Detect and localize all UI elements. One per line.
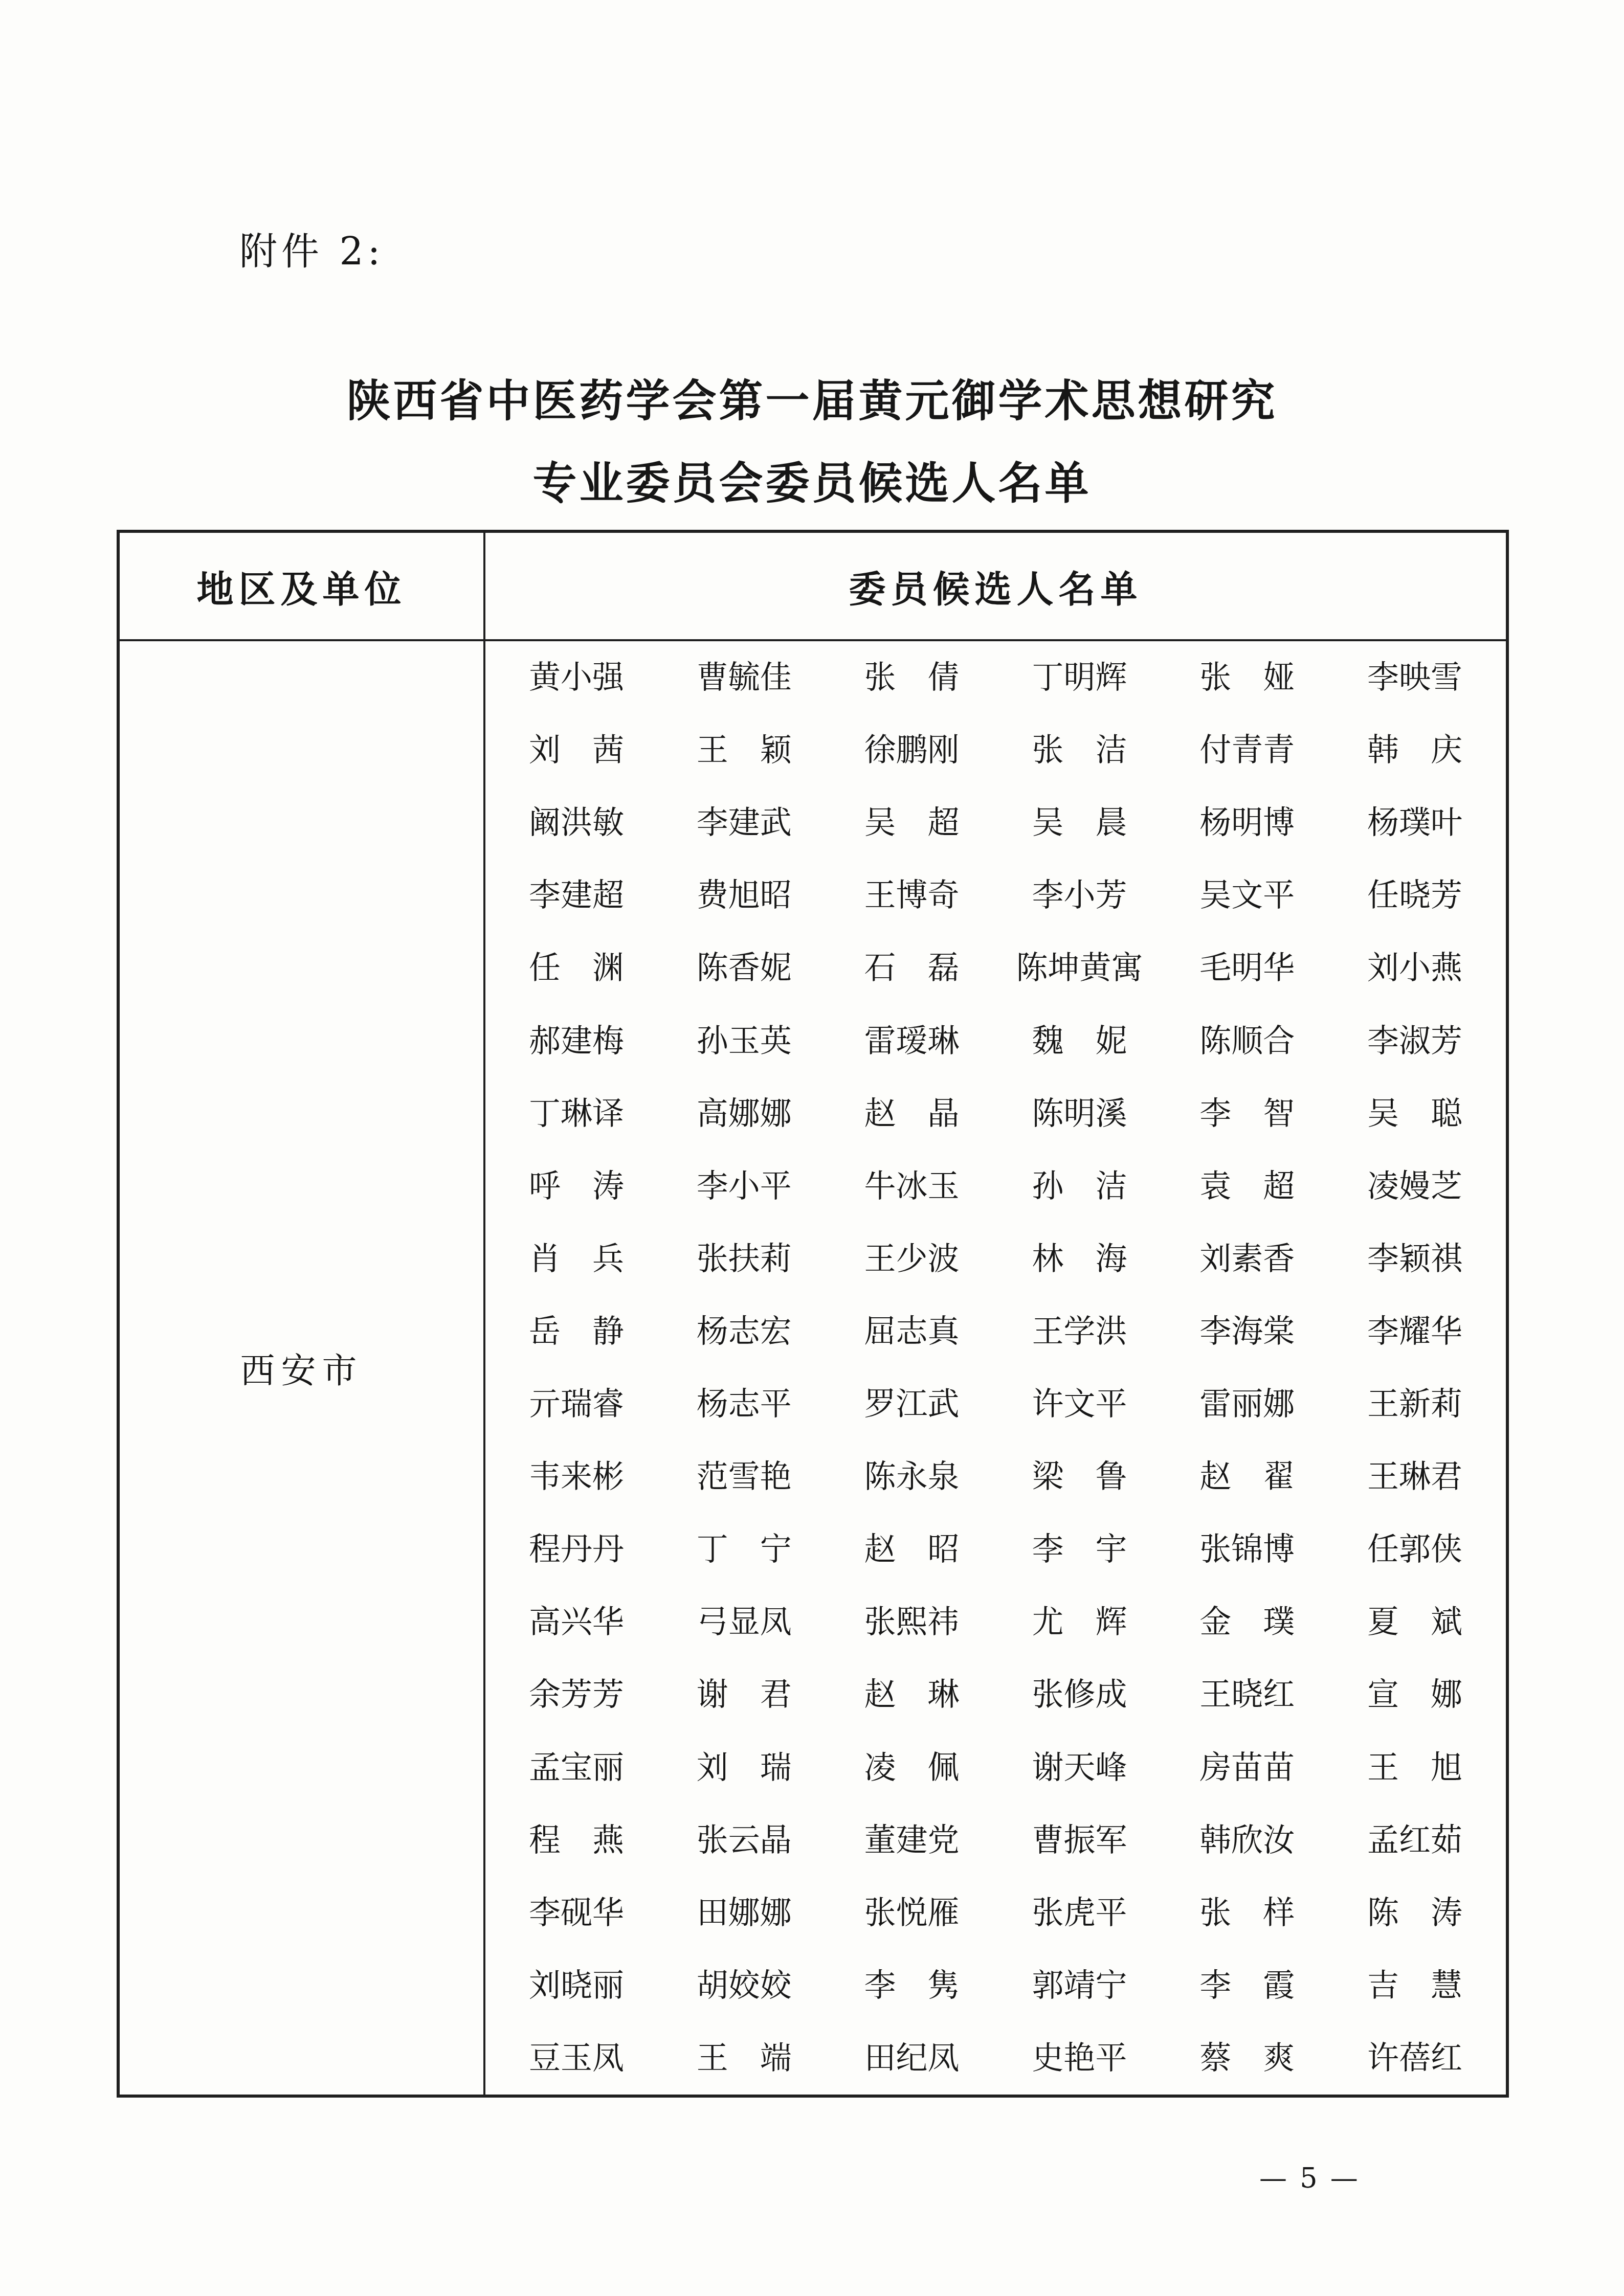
- candidate-name: 韩欣汝: [1163, 1825, 1331, 1856]
- candidate-name: 亓瑞睿: [493, 1388, 660, 1420]
- candidate-names-grid: 黄小强 曹毓佳 张 倩 丁明辉 张 娅 李映雪 刘 茜 王 颖 徐鹏刚 张 洁 …: [485, 641, 1506, 2095]
- candidate-name: 曹振军: [996, 1825, 1164, 1856]
- candidate-name: 牛冰玉: [828, 1170, 996, 1202]
- candidate-name: 吴 聪: [1331, 1098, 1499, 1130]
- candidate-name: 尤 辉: [996, 1606, 1164, 1638]
- candidate-name: 赵 琳: [828, 1679, 996, 1710]
- candidate-name: 孟红茹: [1331, 1825, 1499, 1856]
- candidate-name: 陈明溪: [996, 1098, 1164, 1130]
- candidate-name: 李 智: [1163, 1098, 1331, 1130]
- candidate-name: 田娜娜: [660, 1897, 828, 1929]
- candidate-name: 袁 超: [1163, 1170, 1331, 1202]
- candidate-name: 宣 娜: [1331, 1679, 1499, 1710]
- candidate-name: 张云晶: [660, 1825, 828, 1856]
- candidate-name: 韩 庆: [1331, 734, 1499, 766]
- candidate-name: 吴文平: [1163, 880, 1331, 911]
- candidate-name: 李建武: [660, 807, 828, 839]
- candidate-name: 王 颖: [660, 734, 828, 766]
- table-row: 高兴华 弓显凤 张熙祎 尤 辉 金 璞 夏 斌: [493, 1586, 1499, 1658]
- candidate-name: 梁 鲁: [996, 1461, 1164, 1493]
- table-row: 丁琳译 高娜娜 赵 晶 陈明溪 李 智 吴 聪: [493, 1077, 1499, 1150]
- candidate-name: 陈顺合: [1163, 1025, 1331, 1057]
- candidate-name: 付青青: [1163, 734, 1331, 766]
- candidate-name: 金 璞: [1163, 1606, 1331, 1638]
- candidate-name: 刘晓丽: [493, 1970, 660, 2001]
- candidate-name: 呼 涛: [493, 1170, 660, 1202]
- table-row: 任 渊 陈香妮 石 磊 陈坤黄寓 毛明华 刘小燕: [493, 932, 1499, 1004]
- table-row: 黄小强 曹毓佳 张 倩 丁明辉 张 娅 李映雪: [493, 641, 1499, 714]
- candidate-name: 赵 翟: [1163, 1461, 1331, 1493]
- candidate-name: 陈 涛: [1331, 1897, 1499, 1929]
- candidate-name: 杨明博: [1163, 807, 1331, 839]
- candidate-name: 雷丽娜: [1163, 1388, 1331, 1420]
- candidate-name: 吴 超: [828, 807, 996, 839]
- region-label: 西安市: [240, 1343, 363, 1393]
- table-row: 李砚华 田娜娜 张悦雁 张虎平 张 样 陈 涛: [493, 1877, 1499, 1949]
- candidate-name: 董建党: [828, 1825, 996, 1856]
- candidate-name: 魏 妮: [996, 1025, 1164, 1057]
- candidate-name: 刘素香: [1163, 1243, 1331, 1275]
- candidate-name: 王晓红: [1163, 1679, 1331, 1710]
- candidate-name: 许文平: [996, 1388, 1164, 1420]
- candidate-name: 李小芳: [996, 880, 1164, 911]
- candidate-name: 费旭昭: [660, 880, 828, 911]
- candidate-name: 张悦雁: [828, 1897, 996, 1929]
- candidate-name: 胡姣姣: [660, 1970, 828, 2001]
- table-row: 韦来彬 范雪艳 陈永泉 梁 鲁 赵 翟 王琳君: [493, 1440, 1499, 1513]
- candidate-name: 赵 晶: [828, 1098, 996, 1130]
- candidate-name: 李小平: [660, 1170, 828, 1202]
- candidate-name: 史艳平: [996, 2042, 1164, 2074]
- candidate-name: 任晓芳: [1331, 880, 1499, 911]
- candidate-name: 凌嫚芝: [1331, 1170, 1499, 1202]
- candidate-name: 吴 晨: [996, 807, 1164, 839]
- candidate-name: 凌 佩: [828, 1752, 996, 1784]
- candidate-name: 谢天峰: [996, 1752, 1164, 1784]
- candidate-name: 李颖祺: [1331, 1243, 1499, 1275]
- candidate-name: 陈坤黄寓: [996, 952, 1164, 984]
- candidate-name: 豆玉凤: [493, 2042, 660, 2074]
- table-row: 豆玉凤 王 端 田纪凤 史艳平 蔡 爽 许蓓红: [493, 2022, 1499, 2095]
- table-row: 阚洪敏 李建武 吴 超 吴 晨 杨明博 杨璞叶: [493, 786, 1499, 859]
- candidate-name: 刘 茜: [493, 734, 660, 766]
- candidate-name: 程丹丹: [493, 1534, 660, 1565]
- candidate-name: 高娜娜: [660, 1098, 828, 1130]
- candidate-name: 李 宇: [996, 1534, 1164, 1565]
- table-row: 程 燕 张云晶 董建党 曹振军 韩欣汝 孟红茹: [493, 1804, 1499, 1877]
- candidate-name: 张熙祎: [828, 1606, 996, 1638]
- candidates-table: 地区及单位 委员候选人名单 西安市 黄小强 曹毓佳 张 倩 丁明辉 张 娅 李映…: [117, 530, 1509, 2098]
- candidate-name: 陈永泉: [828, 1461, 996, 1493]
- candidate-name: 杨志宏: [660, 1316, 828, 1347]
- table-row: 岳 静 杨志宏 屈志真 王学洪 李海棠 李耀华: [493, 1295, 1499, 1368]
- candidate-name: 岳 静: [493, 1316, 660, 1347]
- candidate-name: 吉 慧: [1331, 1970, 1499, 2001]
- page-number: — 5 —: [1259, 2162, 1360, 2194]
- candidate-name: 韦来彬: [493, 1461, 660, 1493]
- candidate-name: 丁琳译: [493, 1098, 660, 1130]
- candidate-name: 张 洁: [996, 734, 1164, 766]
- candidate-name: 弓显凤: [660, 1606, 828, 1638]
- candidate-name: 许蓓红: [1331, 2042, 1499, 2074]
- candidate-name: 石 磊: [828, 952, 996, 984]
- table-row: 呼 涛 李小平 牛冰玉 孙 洁 袁 超 凌嫚芝: [493, 1150, 1499, 1223]
- candidate-name: 李 霞: [1163, 1970, 1331, 2001]
- candidate-name: 屈志真: [828, 1316, 996, 1347]
- candidate-name: 张 样: [1163, 1897, 1331, 1929]
- candidate-name: 王新莉: [1331, 1388, 1499, 1420]
- attachment-label: 附件 2:: [239, 229, 385, 275]
- candidate-name: 陈香妮: [660, 952, 828, 984]
- table-row: 肖 兵 张扶莉 王少波 林 海 刘素香 李颖祺: [493, 1223, 1499, 1295]
- candidate-name: 徐鹏刚: [828, 734, 996, 766]
- table-row: 余芳芳 谢 君 赵 琳 张修成 王晓红 宣 娜: [493, 1658, 1499, 1731]
- candidate-name: 郝建梅: [493, 1025, 660, 1057]
- table-row: 刘晓丽 胡姣姣 李 隽 郭靖宁 李 霞 吉 慧: [493, 1949, 1499, 2022]
- candidate-name: 罗江武: [828, 1388, 996, 1420]
- candidate-name: 谢 君: [660, 1679, 828, 1710]
- candidate-name: 李海棠: [1163, 1316, 1331, 1347]
- candidate-name: 赵 昭: [828, 1534, 996, 1565]
- candidate-name: 李映雪: [1331, 662, 1499, 693]
- candidate-name: 黄小强: [493, 662, 660, 693]
- candidate-name: 高兴华: [493, 1606, 660, 1638]
- candidate-name: 王 旭: [1331, 1752, 1499, 1784]
- table-row: 孟宝丽 刘 瑞 凌 佩 谢天峰 房苗苗 王 旭: [493, 1731, 1499, 1804]
- document-title-line1: 陕西省中医药学会第一届黄元御学术思想研究: [0, 379, 1624, 423]
- candidate-name: 李 隽: [828, 1970, 996, 2001]
- candidate-name: 肖 兵: [493, 1243, 660, 1275]
- candidate-name: 丁 宁: [660, 1534, 828, 1565]
- candidate-name: 郭靖宁: [996, 1970, 1164, 2001]
- candidate-name: 王学洪: [996, 1316, 1164, 1347]
- candidate-name: 张 倩: [828, 662, 996, 693]
- candidate-name: 林 海: [996, 1243, 1164, 1275]
- candidate-name: 王 端: [660, 2042, 828, 2074]
- table-row: 程丹丹 丁 宁 赵 昭 李 宇 张锦博 任郭侠: [493, 1513, 1499, 1586]
- candidate-name: 王少波: [828, 1243, 996, 1275]
- candidate-name: 刘 瑞: [660, 1752, 828, 1784]
- candidate-name: 张修成: [996, 1679, 1164, 1710]
- candidate-name: 阚洪敏: [493, 807, 660, 839]
- candidate-name: 张虎平: [996, 1897, 1164, 1929]
- candidate-name: 曹毓佳: [660, 662, 828, 693]
- candidate-name: 夏 斌: [1331, 1606, 1499, 1638]
- candidate-name: 蔡 爽: [1163, 2042, 1331, 2074]
- table-row: 郝建梅 孙玉英 雷瑷琳 魏 妮 陈顺合 李淑芳: [493, 1005, 1499, 1077]
- candidate-name: 余芳芳: [493, 1679, 660, 1710]
- candidate-name: 王琳君: [1331, 1461, 1499, 1493]
- candidate-name: 王博奇: [828, 880, 996, 911]
- candidate-name: 孙玉英: [660, 1025, 828, 1057]
- candidate-name: 范雪艳: [660, 1461, 828, 1493]
- region-cell: 西安市: [120, 641, 483, 2095]
- candidate-name: 丁明辉: [996, 662, 1164, 693]
- header-names-cell: 委员候选人名单: [485, 533, 1506, 639]
- candidate-name: 李砚华: [493, 1897, 660, 1929]
- candidate-name: 刘小燕: [1331, 952, 1499, 984]
- candidate-name: 任 渊: [493, 952, 660, 984]
- table-row: 亓瑞睿 杨志平 罗江武 许文平 雷丽娜 王新莉: [493, 1368, 1499, 1440]
- candidate-name: 雷瑷琳: [828, 1025, 996, 1057]
- header-region-cell: 地区及单位: [120, 533, 483, 639]
- table-row: 李建超 费旭昭 王博奇 李小芳 吴文平 任晓芳: [493, 859, 1499, 932]
- candidate-name: 孙 洁: [996, 1170, 1164, 1202]
- candidate-name: 孟宝丽: [493, 1752, 660, 1784]
- candidate-name: 毛明华: [1163, 952, 1331, 984]
- candidate-name: 房苗苗: [1163, 1752, 1331, 1784]
- candidate-name: 张锦博: [1163, 1534, 1331, 1565]
- table-row: 刘 茜 王 颖 徐鹏刚 张 洁 付青青 韩 庆: [493, 714, 1499, 786]
- candidate-name: 张 娅: [1163, 662, 1331, 693]
- candidate-name: 杨志平: [660, 1388, 828, 1420]
- candidate-name: 李建超: [493, 880, 660, 911]
- candidate-name: 杨璞叶: [1331, 807, 1499, 839]
- candidate-name: 李淑芳: [1331, 1025, 1499, 1057]
- candidate-name: 任郭侠: [1331, 1534, 1499, 1565]
- document-page: 附件 2: 陕西省中医药学会第一届黄元御学术思想研究 专业委员会委员候选人名单 …: [0, 0, 1624, 2296]
- candidate-name: 田纪凤: [828, 2042, 996, 2074]
- candidate-name: 张扶莉: [660, 1243, 828, 1275]
- candidate-name: 程 燕: [493, 1825, 660, 1856]
- candidate-name: 李耀华: [1331, 1316, 1499, 1347]
- document-title-line2: 专业委员会委员候选人名单: [0, 462, 1624, 506]
